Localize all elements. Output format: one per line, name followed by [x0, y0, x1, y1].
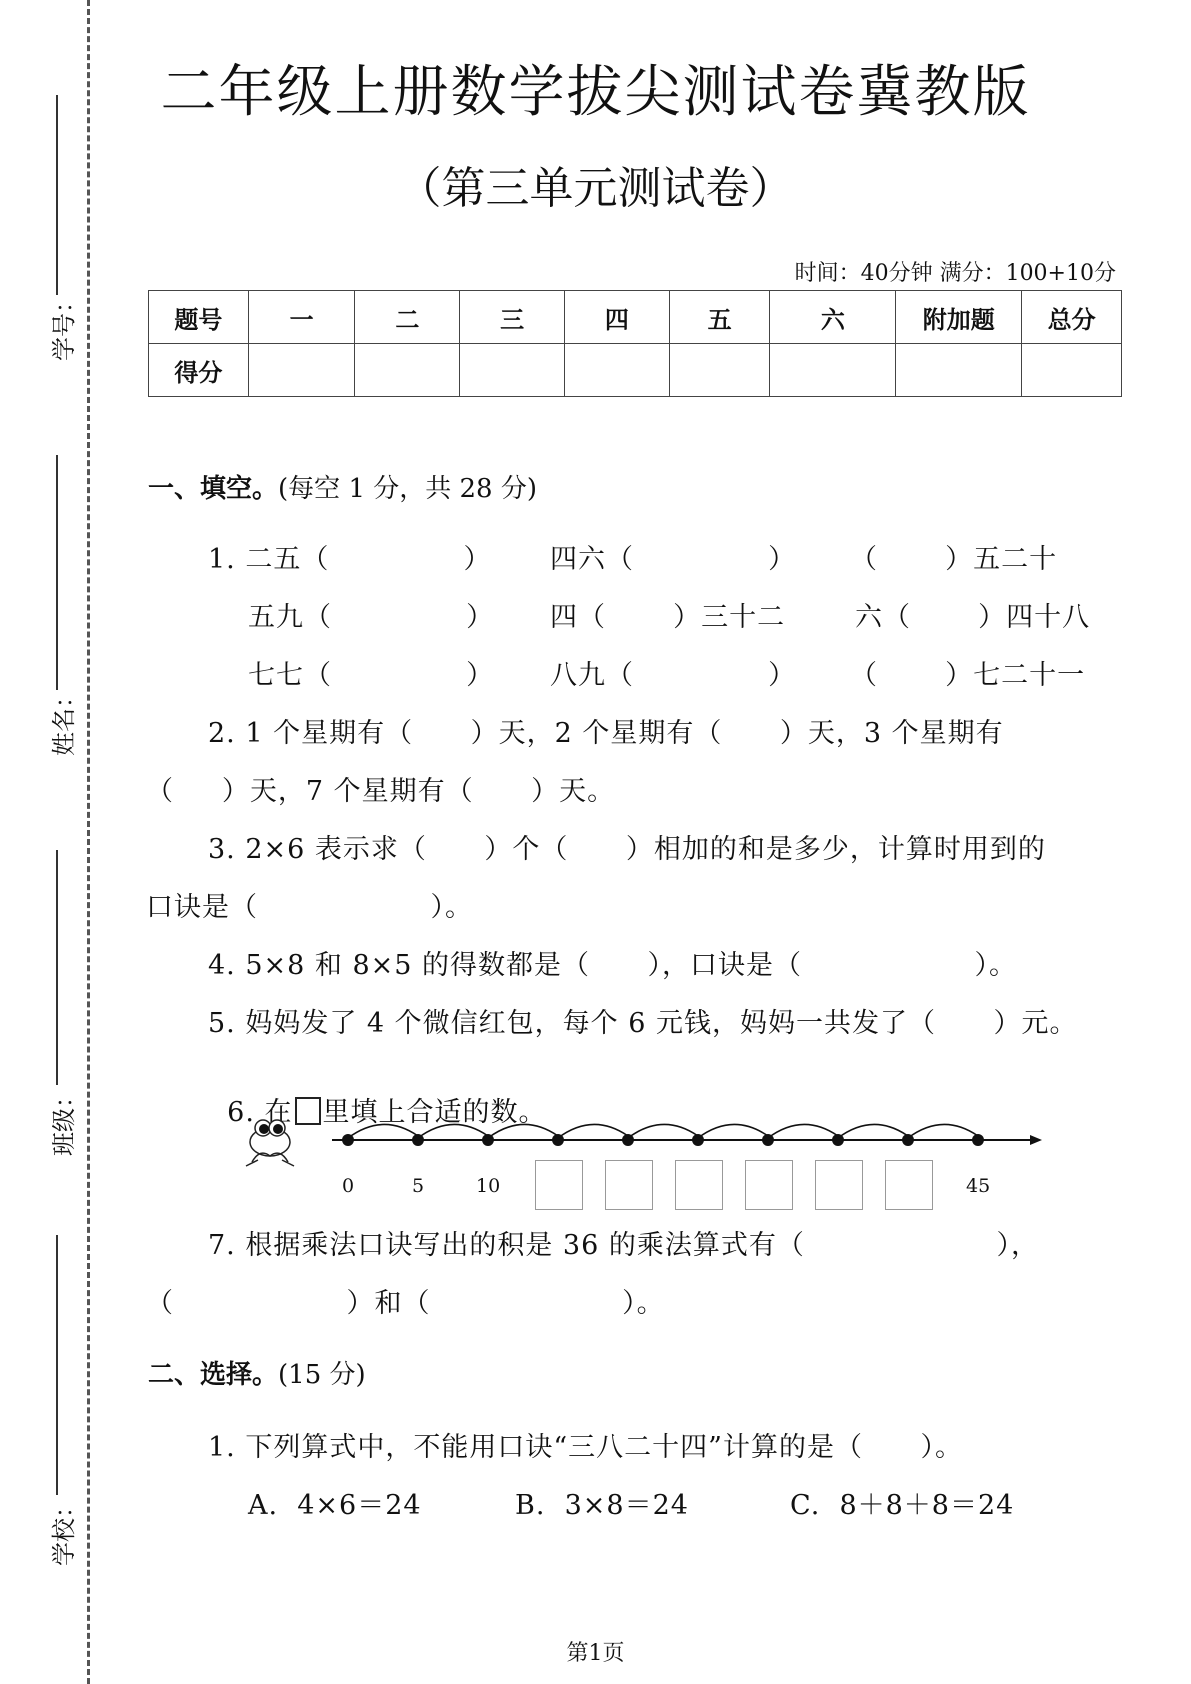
q1-row2-b: 四（ ）三十二	[550, 595, 785, 634]
score-cell[interactable]	[355, 344, 460, 397]
q1-row3-b: 八九（ ）	[550, 653, 796, 692]
score-cell[interactable]	[460, 344, 565, 397]
question-1-5: 5. 妈妈发了 4 个微信红包，每个 6 元钱，妈妈一共发了（ ）元。	[208, 1001, 1078, 1040]
score-header-cell: 三	[460, 291, 565, 344]
option-c[interactable]: C. 8＋8＋8＝24	[790, 1483, 1014, 1522]
tick-label-45: 45	[966, 1175, 990, 1197]
q1-row1-a: 1. 二五（ ）	[208, 537, 492, 576]
answer-box-3[interactable]	[675, 1160, 723, 1210]
answer-box-1[interactable]	[535, 1160, 583, 1210]
question-1-2-line2: （ ）天，7 个星期有（ ）天。	[146, 769, 615, 808]
question-1-4: 4. 5×8 和 8×5 的得数都是（ ），口诀是（ ）。	[208, 943, 1017, 982]
page-number: 第1页	[0, 1636, 1191, 1667]
score-header-cell: 附加题	[896, 291, 1022, 344]
page-subtitle: （第三单元测试卷）	[0, 152, 1191, 216]
page-title: 二年级上册数学拔尖测试卷冀教版	[0, 48, 1191, 128]
question-2-1: 1. 下列算式中，不能用口诀“三八二十四”计算的是（ ）。	[208, 1425, 963, 1464]
score-cell[interactable]	[669, 344, 770, 397]
score-header-cell: 五	[669, 291, 770, 344]
class-line	[56, 850, 58, 1085]
tick-label-10: 10	[476, 1175, 500, 1197]
score-table-header-row: 题号 一 二 三 四 五 六 附加题 总分	[149, 291, 1122, 344]
score-cell[interactable]	[770, 344, 896, 397]
score-header-cell: 一	[248, 291, 355, 344]
school-line	[56, 1235, 58, 1495]
frog-icon	[246, 1120, 294, 1166]
question-1-3-line2: 口诀是（ ）。	[146, 885, 473, 924]
section-2-heading: 二、选择。(15 分)	[148, 1354, 366, 1391]
score-cell[interactable]	[248, 344, 355, 397]
school-field[interactable]: 学校：	[24, 1235, 104, 1545]
section-1-name: 填空。	[200, 474, 278, 504]
score-cell[interactable]	[564, 344, 669, 397]
score-header-cell: 四	[564, 291, 669, 344]
school-label: 学校：	[49, 1490, 79, 1570]
name-line	[56, 455, 58, 690]
section-1-heading: 一、填空。(每空 1 分，共 28 分)	[148, 468, 537, 505]
jump-arcs	[348, 1124, 978, 1138]
class-label: 班级：	[49, 1080, 79, 1160]
tick-label-5: 5	[412, 1175, 424, 1197]
q1-row1-c: （ ）五二十	[850, 537, 1057, 576]
score-table-score-row: 得分	[149, 344, 1122, 397]
score-table: 题号 一 二 三 四 五 六 附加题 总分 得分	[148, 290, 1122, 397]
tick-label-0: 0	[342, 1175, 354, 1197]
answer-box-4[interactable]	[745, 1160, 793, 1210]
section-1-number: 一、	[148, 474, 200, 504]
score-cell[interactable]	[896, 344, 1022, 397]
question-1-7-line2: （ ）和（ ）。	[146, 1281, 665, 1320]
answer-box-5[interactable]	[815, 1160, 863, 1210]
option-a[interactable]: A. 4×6＝24	[248, 1483, 422, 1522]
q1-row2-a: 五九（ ）	[248, 595, 494, 634]
section-2-name: 选择。	[200, 1360, 278, 1390]
answer-box-6[interactable]	[885, 1160, 933, 1210]
score-header-cell: 题号	[149, 291, 249, 344]
student-id-label: 学号：	[49, 285, 79, 365]
number-line: 0 5 10 45	[240, 1110, 1060, 1210]
q1-row1-b: 四六（ ）	[550, 537, 796, 576]
name-label: 姓名：	[49, 680, 79, 760]
q1-row2-c: 六（ ）四十八	[855, 595, 1090, 634]
question-1-2-line1: 2. 1 个星期有（ ）天，2 个星期有（ ）天，3 个星期有	[208, 711, 1004, 750]
question-1-3-line1: 3. 2×6 表示求（ ）个（ ）相加的和是多少，计算时用到的	[208, 827, 1046, 866]
score-header-cell: 六	[770, 291, 896, 344]
score-cell[interactable]	[1022, 344, 1122, 397]
question-1-7-line1: 7. 根据乘法口诀写出的积是 36 的乘法算式有（ ），	[208, 1223, 1039, 1262]
score-header-cell: 二	[355, 291, 460, 344]
section-1-points: (每空 1 分，共 28 分)	[278, 474, 537, 504]
section-2-points: (15 分)	[278, 1360, 366, 1390]
answer-box-2[interactable]	[605, 1160, 653, 1210]
class-field[interactable]: 班级：	[24, 850, 104, 1140]
score-row-label: 得分	[149, 344, 249, 397]
q1-row3-a: 七七（ ）	[248, 653, 494, 692]
q1-row3-c: （ ）七二十一	[850, 653, 1085, 692]
exam-meta: 时间：40分钟 满分：100+10分	[795, 256, 1116, 287]
student-id-field[interactable]: 学号：	[24, 95, 104, 385]
name-field[interactable]: 姓名：	[24, 455, 104, 745]
score-header-cell: 总分	[1022, 291, 1122, 344]
option-b[interactable]: B. 3×8＝24	[515, 1483, 689, 1522]
section-2-number: 二、	[148, 1360, 200, 1390]
